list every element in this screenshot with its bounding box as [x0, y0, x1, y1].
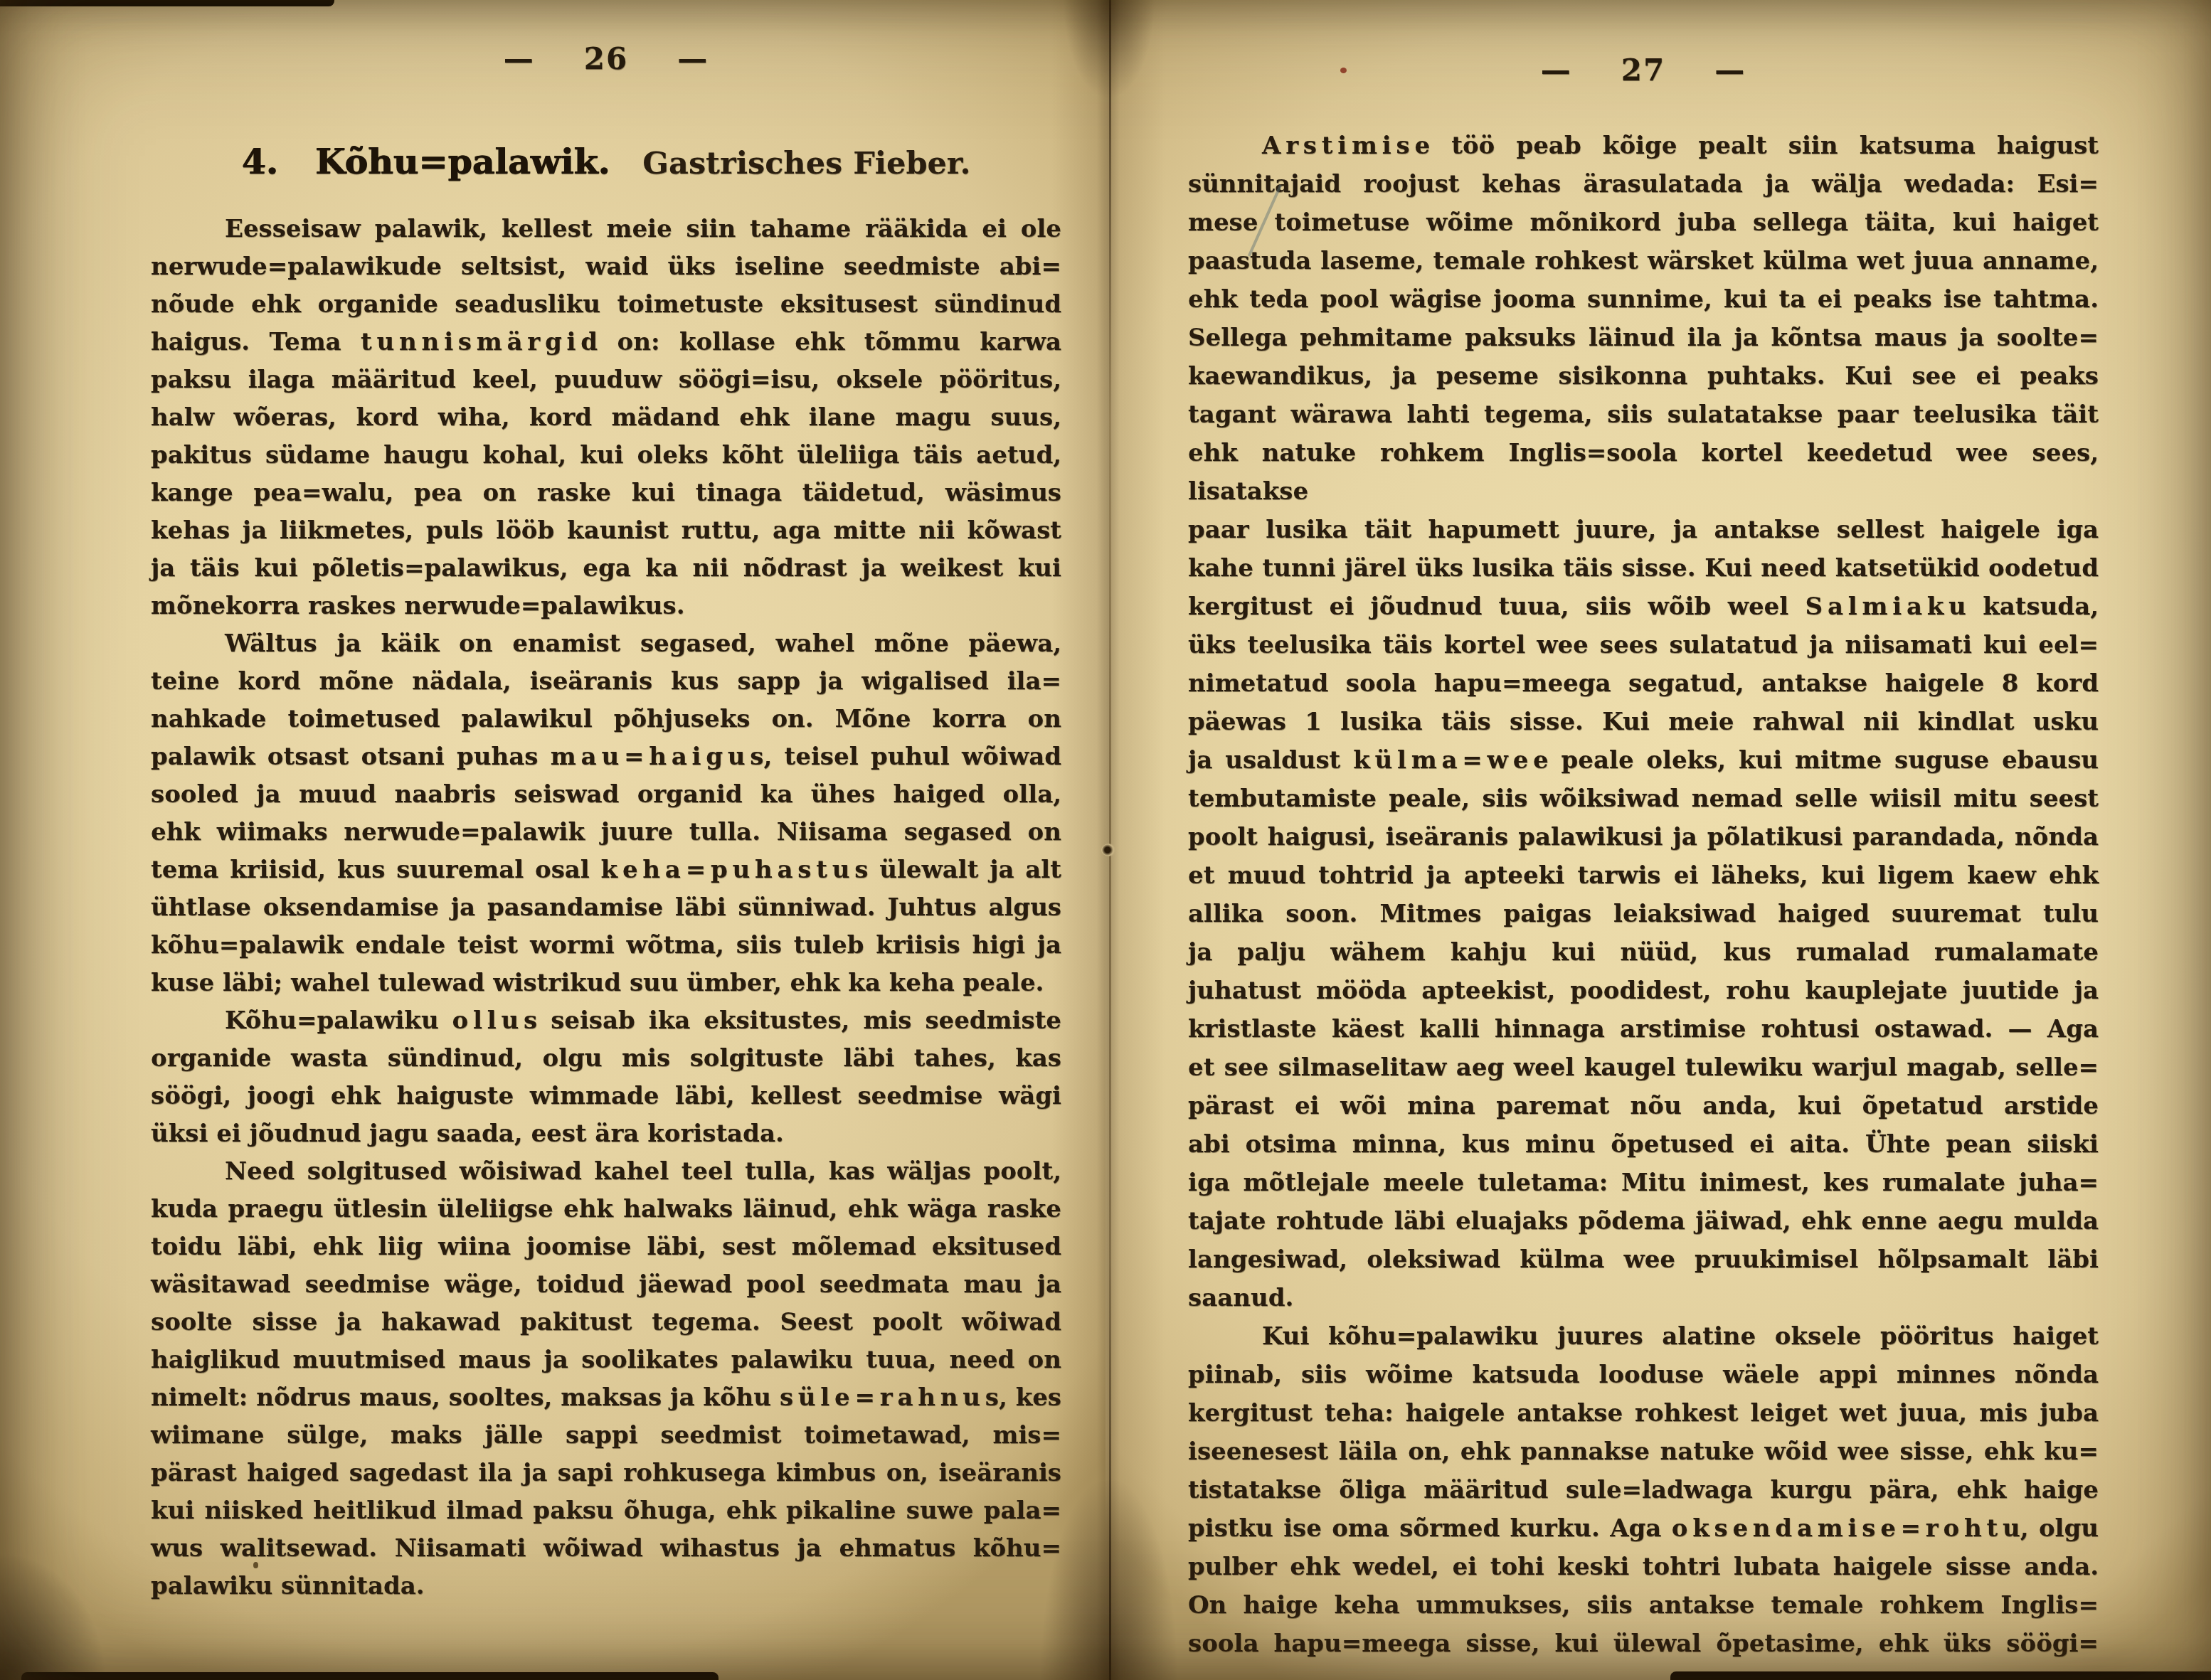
text-line: päewas 1 lusika täis sisse. Kui meie rah… — [1188, 703, 2099, 741]
text-line: halw wõeras, kord wiha, kord mädand ehk … — [151, 399, 1061, 437]
page-26-text-column: — 26 — 4.Kõhu=palawik.Gastrisches Fieber… — [151, 41, 1061, 1605]
text-line: pärast ei wõi mina paremat nõu anda, kui… — [1188, 1087, 2099, 1125]
text-line: soolte sisse ja hakawad pakitust tegema.… — [151, 1304, 1061, 1341]
paragraph: Kui kõhu=palawiku juures alatine oksele … — [1188, 1317, 2099, 1663]
chapter-heading: 4.Kõhu=palawik.Gastrisches Fieber. — [151, 141, 1061, 182]
scan-edge-bottom — [21, 1672, 719, 1680]
text-line: Kõhu=palawiku o l l u s seisab ika eksit… — [151, 1002, 1061, 1040]
text-line: piinab, siis wõime katsuda looduse wäele… — [1188, 1356, 2099, 1394]
gutter-top-shadow — [1063, 0, 1155, 100]
text-line: ja täis kui põletis=palawikus, ega ka ni… — [151, 550, 1061, 588]
text-line: kange pea=walu, pea on raske kui tinaga … — [151, 474, 1061, 512]
text-line: saanud. — [1188, 1279, 2099, 1317]
scan-edge-bottom-right — [1670, 1671, 2211, 1680]
text-line: organide wasta sündinud, olgu mis solgit… — [151, 1040, 1061, 1078]
text-line: ja usaldust k ü l m a = w e e peale olek… — [1188, 741, 2099, 780]
text-line: haigus. Tema t u n n i s m ä r g i d on:… — [151, 324, 1061, 361]
paragraph: Wältus ja käik on enamist segased, wahel… — [151, 625, 1061, 1002]
text-line: haiglikud muutmised maus ja soolikates p… — [151, 1341, 1061, 1379]
text-line: pärast haiged sagedast ila ja sapi rohku… — [151, 1455, 1061, 1492]
text-line: nimelt: nõdrus maus, sooltes, maksas ja … — [151, 1379, 1061, 1417]
text-line: ehk teda pool wägise jooma sunnime, kui … — [1188, 280, 2099, 319]
text-line: Need solgitused wõisiwad kahel teel tull… — [151, 1153, 1061, 1191]
paragraph: Kõhu=palawiku o l l u s seisab ika eksit… — [151, 1002, 1061, 1153]
text-line: paksu ilaga määritud keel, puuduw söögi=… — [151, 361, 1061, 399]
text-line: juhatust mööda apteekist, poodidest, roh… — [1188, 972, 2099, 1010]
binding-stitch-hole — [1101, 844, 1117, 856]
text-line: et see silmaselitaw aeg weel kaugel tule… — [1188, 1048, 2099, 1087]
text-line: ja palju wähem kahju kui nüüd, kus rumal… — [1188, 933, 2099, 972]
text-line: söögi, joogi ehk haiguste wimmade läbi, … — [151, 1078, 1061, 1115]
text-line: allika soon. Mitmes paigas leiaksiwad ha… — [1188, 895, 2099, 933]
chapter-number: 4. — [241, 141, 277, 182]
page-26-body-text: Eesseisaw palawik, kellest meie siin tah… — [151, 211, 1061, 1605]
text-line: et muud tohtrid ja apteeki tarwis ei läh… — [1188, 856, 2099, 895]
text-line: Wältus ja käik on enamist segased, wahel… — [151, 625, 1061, 663]
text-line: pulber ehk wedel, ei tohi keski tohtri l… — [1188, 1548, 2099, 1586]
text-line: kergitust ei jõudnud tuua, siis wõib wee… — [1188, 588, 2099, 626]
text-line: nahkade toimetused palawikul põhjuseks o… — [151, 701, 1061, 738]
text-line: nimetatud soola hapu=meega segatud, anta… — [1188, 664, 2099, 703]
text-line: On haige keha ummukses, siis antakse tem… — [1188, 1586, 2099, 1625]
text-line: sünnitajaid roojust kehas ärasulatada ja… — [1188, 165, 2099, 203]
page-27-text-column: — 27 — A r s t i m i s e töö peab kõige … — [1188, 53, 2099, 1663]
paragraph: Need solgitused wõisiwad kahel teel tull… — [151, 1153, 1061, 1605]
text-line: ehk wiimaks nerwude=palawik juure tulla.… — [151, 814, 1061, 851]
text-line: nõude ehk organide seadusliku toimetuste… — [151, 286, 1061, 324]
text-line: tistatakse õliga määritud sule=ladwaga k… — [1188, 1471, 2099, 1509]
text-line: palawiku sünnitada. — [151, 1568, 1061, 1605]
text-line: üksi ei jõudnud jagu saada, eest ära kor… — [151, 1115, 1061, 1153]
text-line: tajate rohtude läbi eluajaks põdema jäiw… — [1188, 1202, 2099, 1240]
text-line: kristlaste käest kalli hinnaga arstimise… — [1188, 1010, 2099, 1048]
text-line: paar lusika täit hapumett juure, ja anta… — [1188, 511, 2099, 549]
book-gutter-shadow — [1051, 0, 1165, 1680]
text-line: tagant wärawa lahti tegema, siis sulatat… — [1188, 395, 2099, 434]
text-line: ühtlase oksendamise ja pasandamise läbi … — [151, 889, 1061, 927]
text-line: wäsitawad seedmise wäge, toidud jäewad p… — [151, 1266, 1061, 1304]
text-line: palawik otsast otsani puhas m a u = h a … — [151, 738, 1061, 776]
text-line: soola hapu=meega sisse, kui ülewal õpeta… — [1188, 1625, 2099, 1663]
page-number-right: — 27 — — [1188, 53, 2099, 90]
text-line: sooled ja muud naabris seiswad organid k… — [151, 776, 1061, 814]
text-line: wus walitsewad. Niisamati wõiwad wihastu… — [151, 1530, 1061, 1568]
text-line: kaewandikus, ja peseme sisikonna puhtaks… — [1188, 357, 2099, 395]
text-line: kuda praegu ütlesin üleliigse ehk halwak… — [151, 1191, 1061, 1228]
text-line: nerwude=palawikude seltsist, waid üks is… — [151, 248, 1061, 286]
text-line: tembutamiste peale, siis wõiksiwad nemad… — [1188, 780, 2099, 818]
text-line: pakitus südame haugu kohal, kui oleks kõ… — [151, 437, 1061, 474]
text-line: kergitust teha: haigele antakse rohkest … — [1188, 1394, 2099, 1432]
chapter-subtitle: Gastrisches Fieber. — [642, 146, 970, 181]
text-line: wiimane sülge, maks jälle sappi seedmist… — [151, 1417, 1061, 1455]
text-line: langesiwad, oleksiwad külma wee pruukimi… — [1188, 1240, 2099, 1279]
text-line: Sellega pehmitame paksuks läinud ila ja … — [1188, 319, 2099, 357]
text-line: iseenesest läila on, ehk pannakse natuke… — [1188, 1432, 2099, 1471]
text-line: kui niisked heitlikud ilmad paksu õhuga,… — [151, 1492, 1061, 1530]
text-line: iga mõtlejale meele tuletama: Mitu inime… — [1188, 1164, 2099, 1202]
paper-speck — [1340, 68, 1347, 73]
text-line: toidu läbi, ehk liig wiina joomise läbi,… — [151, 1228, 1061, 1266]
text-line: kuse läbi; wahel tulewad wistrikud suu ü… — [151, 964, 1061, 1002]
gutter-crease-line — [1109, 0, 1111, 1680]
chapter-title: Kõhu=palawik. — [315, 141, 610, 182]
text-line: kahe tunni järel üks lusika täis sisse. … — [1188, 549, 2099, 588]
text-line: Kui kõhu=palawiku juures alatine oksele … — [1188, 1317, 2099, 1356]
scan-corner-shadow — [0, 1552, 107, 1680]
text-line: poolt haigusi, iseäranis palawikusi ja p… — [1188, 818, 2099, 856]
text-line: kõhu=palawik endale teist wormi wõtma, s… — [151, 927, 1061, 964]
text-line: mese toimetuse wõime mõnikord juba selle… — [1188, 203, 2099, 242]
paragraph: A r s t i m i s e töö peab kõige pealt s… — [1188, 127, 2099, 1317]
text-line: ehk natuke rohkem Inglis=soola kortel ke… — [1188, 434, 2099, 511]
text-line: teine kord mõne nädala, iseäranis kus sa… — [151, 663, 1061, 701]
gutter-bottom-shadow — [1041, 1481, 1177, 1680]
paper-speck — [253, 1562, 258, 1568]
page-number-left: — 26 — — [151, 41, 1061, 78]
text-line: Eesseisaw palawik, kellest meie siin tah… — [151, 211, 1061, 248]
text-line: abi otsima minna, kus minu õpetused ei a… — [1188, 1125, 2099, 1164]
paragraph: Eesseisaw palawik, kellest meie siin tah… — [151, 211, 1061, 625]
text-line: tema kriisid, kus suuremal osal k e h a … — [151, 851, 1061, 889]
text-line: A r s t i m i s e töö peab kõige pealt s… — [1188, 127, 2099, 165]
text-line: pistku ise oma sõrmed kurku. Aga o k s e… — [1188, 1509, 2099, 1548]
scan-edge-top — [0, 0, 334, 6]
book-scan-spread: — 26 — 4.Kõhu=palawik.Gastrisches Fieber… — [0, 0, 2211, 1680]
text-line: kehas ja liikmetes, puls lööb kaunist ru… — [151, 512, 1061, 550]
text-line: üks teelusika täis kortel wee sees sulat… — [1188, 626, 2099, 664]
page-27-body-text: A r s t i m i s e töö peab kõige pealt s… — [1188, 127, 2099, 1663]
text-line: paastuda laseme, temale rohkest wärsket … — [1188, 242, 2099, 280]
text-line: mõnekorra raskes nerwude=palawikus. — [151, 588, 1061, 625]
